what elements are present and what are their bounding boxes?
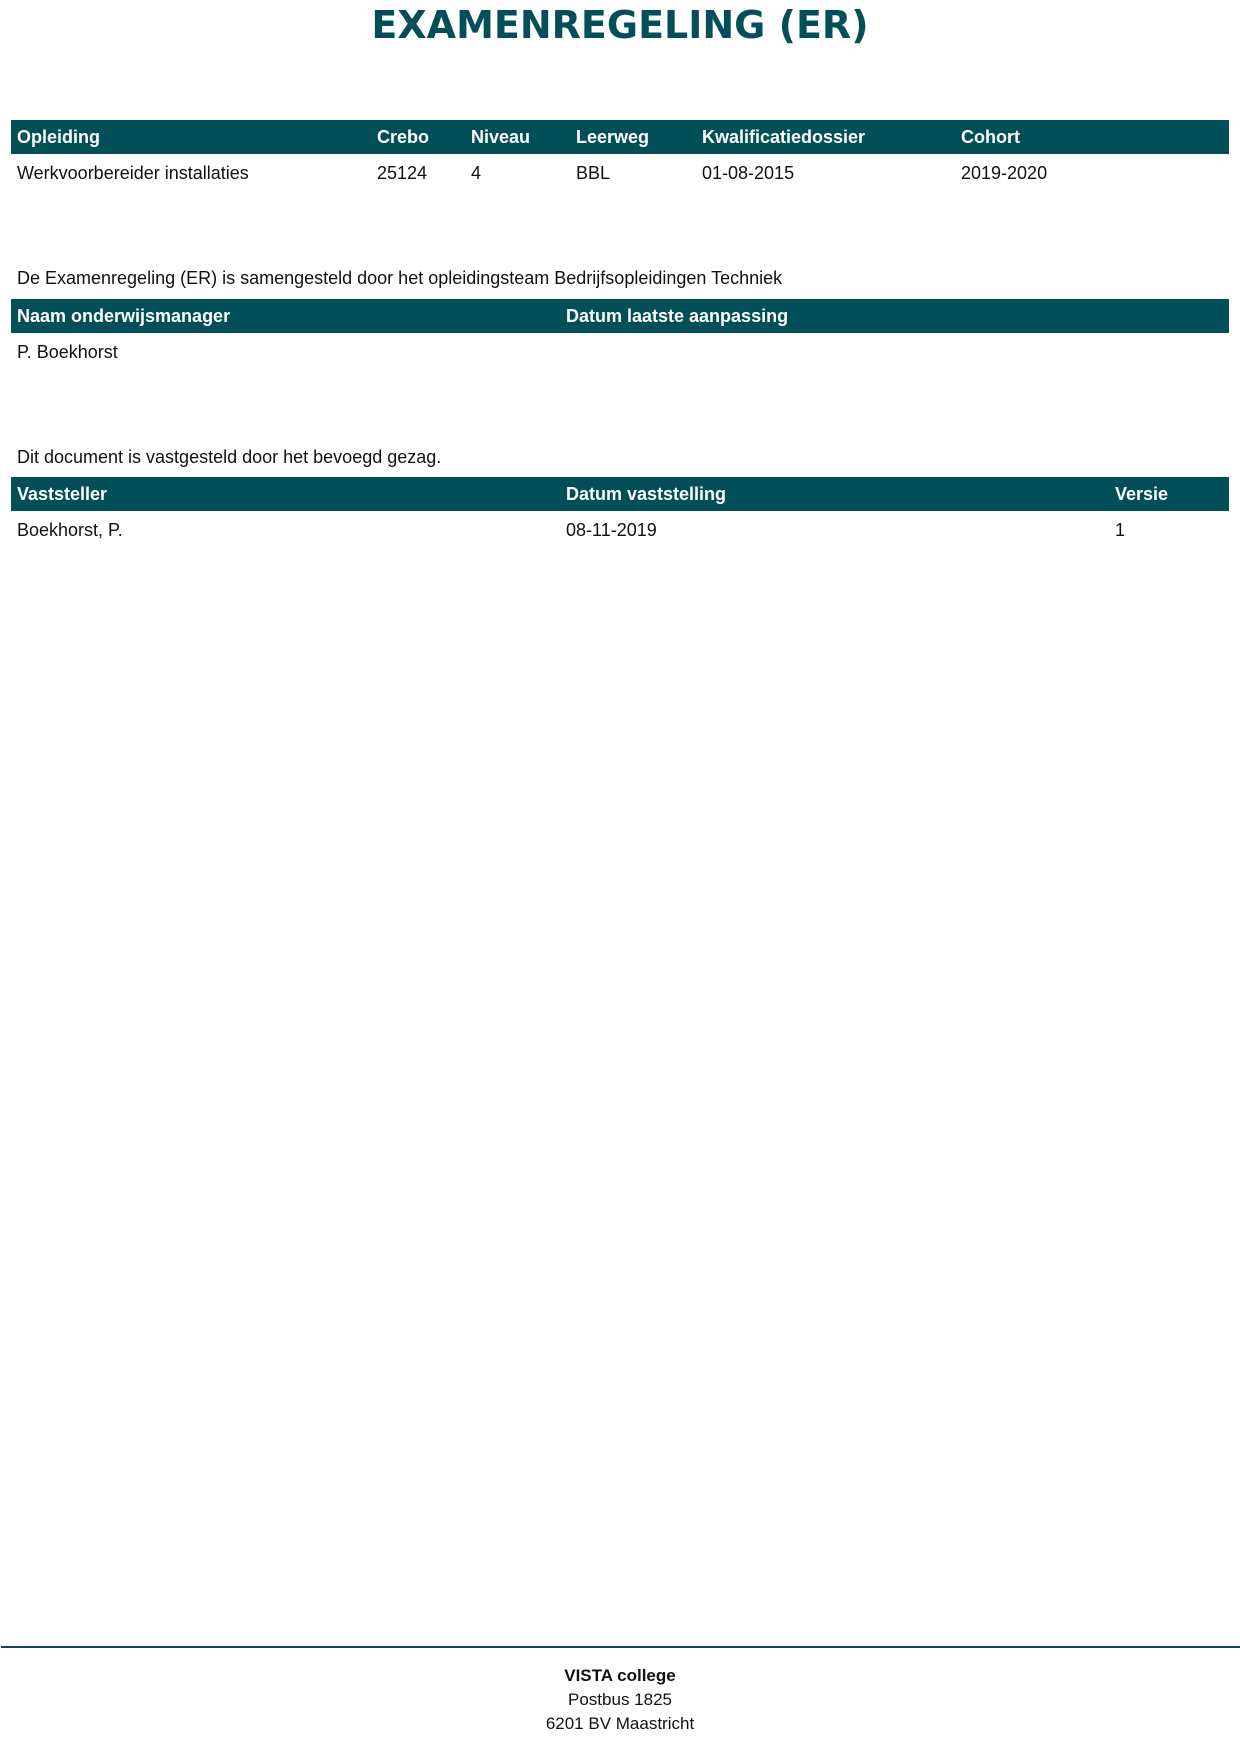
document-title: EXAMENREGELING (ER) bbox=[0, 0, 1240, 50]
footer-divider bbox=[1, 1646, 1240, 1648]
footer-address-line1: Postbus 1825 bbox=[0, 1688, 1240, 1712]
col-kwalificatiedossier: Kwalificatiedossier bbox=[696, 120, 955, 154]
col-versie: Versie bbox=[1109, 477, 1229, 511]
footer: VISTA college Postbus 1825 6201 BV Maast… bbox=[0, 1664, 1240, 1736]
composition-table-header: Naam onderwijsmanager Datum laatste aanp… bbox=[11, 299, 1229, 333]
cell-cohort: 2019-2020 bbox=[955, 154, 1229, 192]
footer-address-line2: 6201 BV Maastricht bbox=[0, 1712, 1240, 1736]
cell-crebo: 25124 bbox=[371, 154, 465, 192]
cell-leerweg: BBL bbox=[570, 154, 696, 192]
composition-table: Naam onderwijsmanager Datum laatste aanp… bbox=[11, 299, 1229, 371]
table-row: Werkvoorbereider installaties 25124 4 BB… bbox=[11, 154, 1229, 192]
cell-naam-onderwijsmanager: P. Boekhorst bbox=[11, 333, 560, 371]
adoption-table-header: Vaststeller Datum vaststelling Versie bbox=[11, 477, 1229, 511]
col-datum-laatste-aanpassing: Datum laatste aanpassing bbox=[560, 299, 1229, 333]
col-crebo: Crebo bbox=[371, 120, 465, 154]
footer-organization: VISTA college bbox=[0, 1664, 1240, 1688]
col-cohort: Cohort bbox=[955, 120, 1229, 154]
adoption-intro: Dit document is vastgesteld door het bev… bbox=[17, 447, 441, 468]
col-vaststeller: Vaststeller bbox=[11, 477, 560, 511]
cell-datum-vaststelling: 08-11-2019 bbox=[560, 511, 1109, 549]
col-niveau: Niveau bbox=[465, 120, 570, 154]
program-table: Opleiding Crebo Niveau Leerweg Kwalifica… bbox=[11, 120, 1229, 192]
table-row: Boekhorst, P. 08-11-2019 1 bbox=[11, 511, 1229, 549]
cell-kwalificatiedossier: 01-08-2015 bbox=[696, 154, 955, 192]
col-naam-onderwijsmanager: Naam onderwijsmanager bbox=[11, 299, 560, 333]
col-opleiding: Opleiding bbox=[11, 120, 371, 154]
col-datum-vaststelling: Datum vaststelling bbox=[560, 477, 1109, 511]
cell-niveau: 4 bbox=[465, 154, 570, 192]
col-leerweg: Leerweg bbox=[570, 120, 696, 154]
table-row: P. Boekhorst bbox=[11, 333, 1229, 371]
composition-intro: De Examenregeling (ER) is samengesteld d… bbox=[17, 268, 782, 289]
adoption-table: Vaststeller Datum vaststelling Versie Bo… bbox=[11, 477, 1229, 549]
cell-versie: 1 bbox=[1109, 511, 1229, 549]
cell-opleiding: Werkvoorbereider installaties bbox=[11, 154, 371, 192]
cell-datum-laatste-aanpassing bbox=[560, 333, 1229, 371]
program-table-header: Opleiding Crebo Niveau Leerweg Kwalifica… bbox=[11, 120, 1229, 154]
cell-vaststeller: Boekhorst, P. bbox=[11, 511, 560, 549]
